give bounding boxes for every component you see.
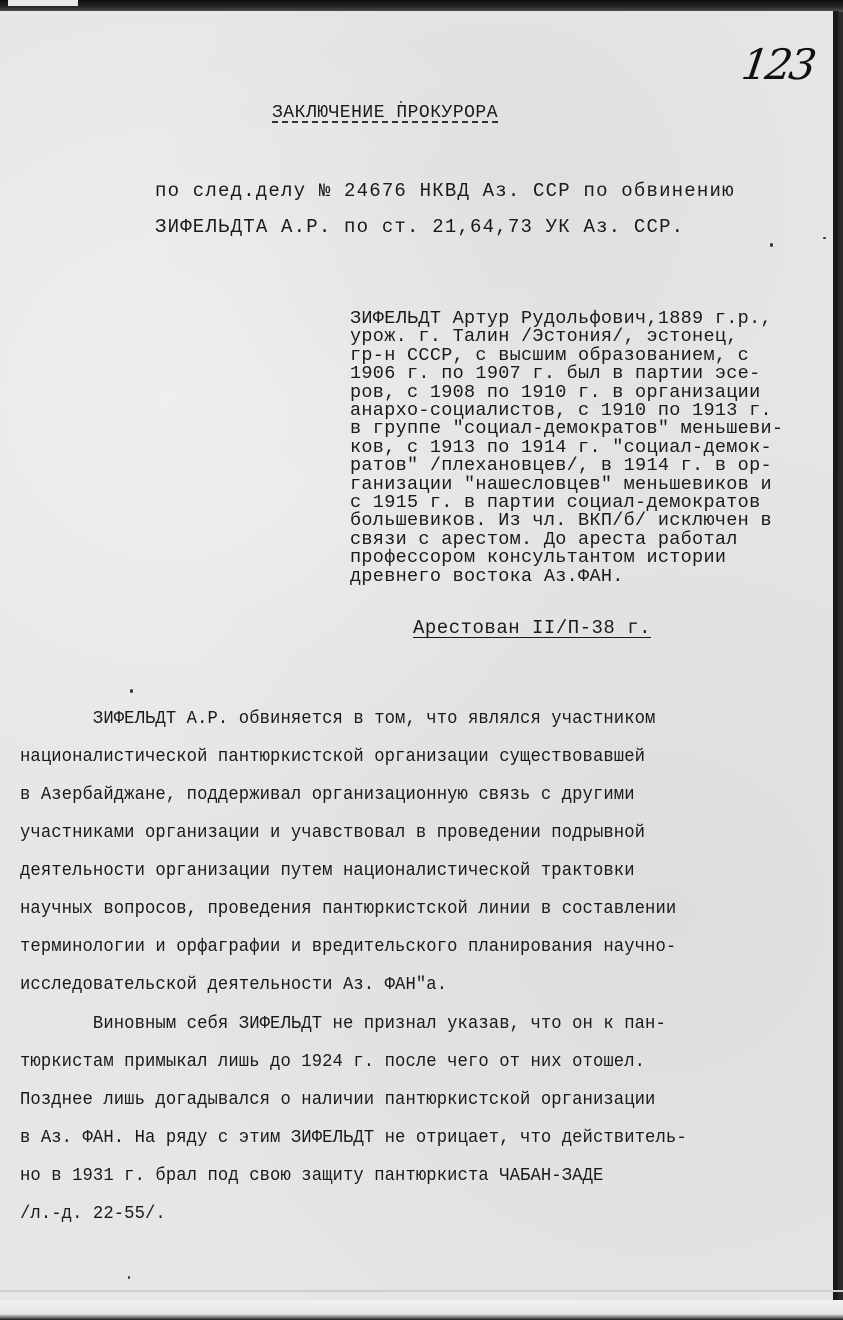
- paragraph-line: участниками организации и учавствовал в …: [20, 814, 792, 852]
- plea-paragraph: Виновным себя ЗИФЕЛЬДТ не признал указав…: [20, 1005, 792, 1233]
- paragraph-line: терминологии и орфаграфии и вредительско…: [20, 928, 792, 966]
- scan-bottom-edge: [0, 1300, 843, 1320]
- biography-line: древнего востока Аз.ФАН.: [350, 568, 843, 586]
- paragraph-line: в Азербайджане, поддерживал организацион…: [20, 776, 792, 814]
- biography-block: ЗИФЕЛЬДТ Артур Рудольфович,1889 г.р., ур…: [350, 310, 843, 586]
- paragraph-line: деятельности организации путем национали…: [20, 852, 792, 890]
- document-title: ЗАКЛЮЧЕНИЕ ПРОКУРОРА: [272, 103, 498, 123]
- case-header-line-1: по след.делу № 24676 НКВД Аз. ССР по обв…: [155, 180, 735, 202]
- handwritten-page-number: 123: [739, 40, 817, 89]
- paragraph-line: Виновным себя ЗИФЕЛЬДТ не признал указав…: [20, 1005, 792, 1043]
- case-header-line-2: ЗИФЕЛЬДТА А.Р. по ст. 21,64,73 УК Аз. СС…: [155, 216, 684, 238]
- arrest-note: Арестован II/П-38 г.: [413, 617, 651, 639]
- fold-line: [0, 1290, 843, 1292]
- biography-line: ратов" /плехановцев/, в 1914 г. в ор-: [350, 457, 843, 475]
- paragraph-line: Позднее лишь догадывался о наличии пантю…: [20, 1081, 792, 1119]
- paragraph-line: тюркистам примыкал лишь до 1924 г. после…: [20, 1043, 792, 1081]
- biography-line: профессором консультантом истории: [350, 549, 843, 567]
- paragraph-line: ЗИФЕЛЬДТ А.Р. обвиняется в том, что явля…: [20, 700, 792, 738]
- biography-line: 1906 г. по 1907 г. был в партии эсе-: [350, 365, 843, 383]
- accusation-paragraph: ЗИФЕЛЬДТ А.Р. обвиняется в том, что явля…: [20, 700, 792, 1004]
- paragraph-line: /л.-д. 22-55/.: [20, 1195, 792, 1233]
- paragraph-line: но в 1931 г. брал под свою защиту пантюр…: [20, 1157, 792, 1195]
- paragraph-line: националистической пантюркистской органи…: [20, 738, 792, 776]
- paragraph-line: исследовательской деятельности Аз. ФАН"а…: [20, 966, 792, 1004]
- paragraph-line: в Аз. ФАН. На ряду с этим ЗИФЕЛЬДТ не от…: [20, 1119, 792, 1157]
- paragraph-line: научных вопросов, проведения пантюркистс…: [20, 890, 792, 928]
